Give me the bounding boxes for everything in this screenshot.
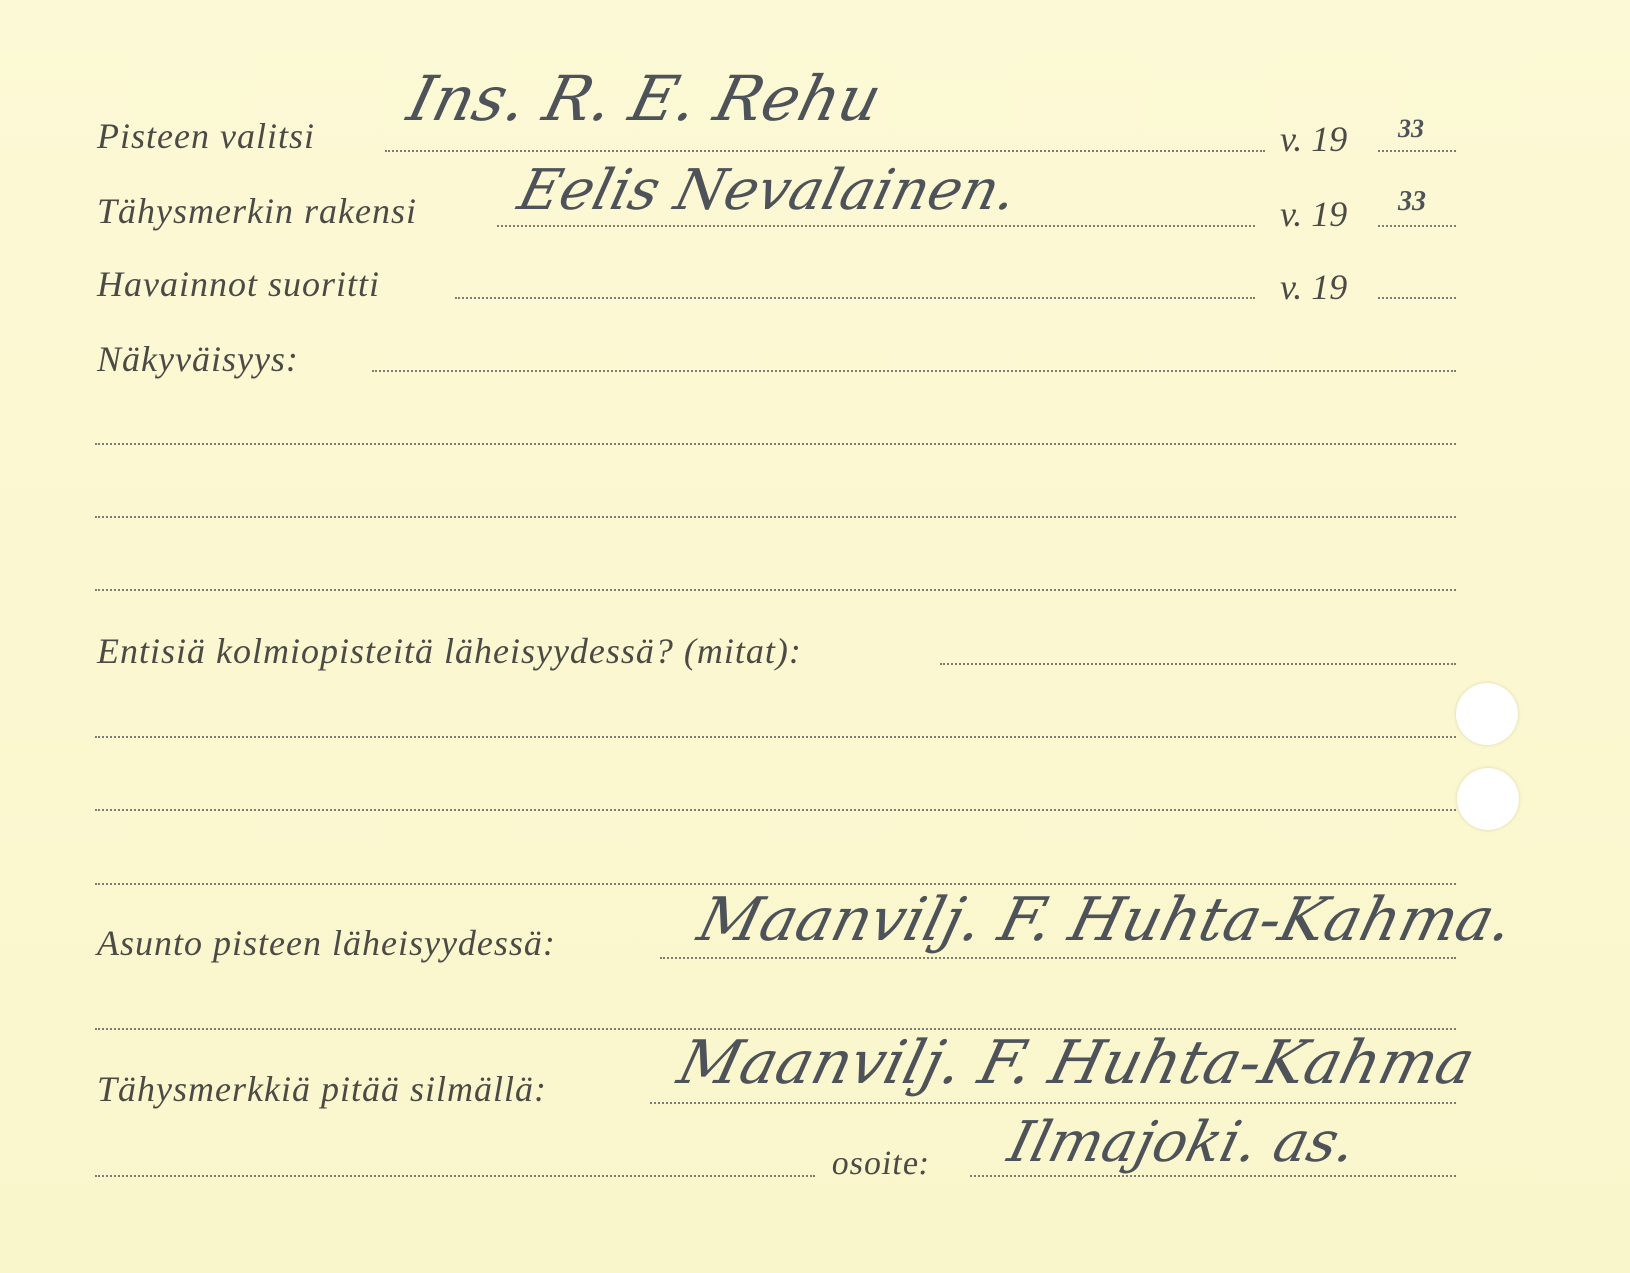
line-residence[interactable] bbox=[660, 957, 1456, 959]
line-visibility-3[interactable] bbox=[95, 516, 1456, 518]
line-observations-by[interactable] bbox=[455, 297, 1255, 299]
punch-hole-lower bbox=[1457, 768, 1519, 830]
handwritten-point-chosen-by: Ins. R. E. Rehu bbox=[401, 62, 889, 135]
line-point-chosen-by[interactable] bbox=[385, 150, 1265, 152]
label-residence: Asunto pisteen läheisyydessä: bbox=[97, 922, 556, 964]
line-marker-built-by[interactable] bbox=[497, 225, 1255, 227]
year-line-2[interactable] bbox=[1378, 225, 1456, 227]
line-visibility-4[interactable] bbox=[95, 589, 1456, 591]
year-line-1[interactable] bbox=[1378, 150, 1456, 152]
line-visibility-2[interactable] bbox=[95, 443, 1456, 445]
line-previous-points-2[interactable] bbox=[95, 736, 1456, 738]
year-prefix-2: v. 19 bbox=[1280, 193, 1347, 235]
label-address: osoite: bbox=[829, 1145, 932, 1183]
line-visibility[interactable] bbox=[372, 370, 1456, 372]
handwritten-monitor: Maanvilj. F. Huhta-Kahma bbox=[671, 1028, 1481, 1098]
line-previous-points-3[interactable] bbox=[95, 809, 1456, 811]
label-marker-built-by: Tähysmerkin rakensi bbox=[97, 190, 417, 232]
handwritten-marker-built-by: Eelis Nevalainen. bbox=[512, 158, 1024, 223]
line-address-left[interactable] bbox=[95, 1175, 815, 1177]
line-previous-points[interactable] bbox=[940, 663, 1456, 665]
year-line-3[interactable] bbox=[1378, 297, 1456, 299]
label-monitor: Tähysmerkkiä pitää silmällä: bbox=[97, 1068, 547, 1110]
punch-hole-upper bbox=[1456, 683, 1518, 745]
label-observations-by: Havainnot suoritti bbox=[97, 263, 380, 305]
survey-record-card: Pisteen valitsi Ins. R. E. Rehu v. 19 33… bbox=[0, 0, 1630, 1273]
year-value-1: 33 bbox=[1398, 114, 1424, 144]
line-monitor[interactable] bbox=[650, 1102, 1456, 1104]
handwritten-residence: Maanvilj. F. Huhta-Kahma. bbox=[691, 885, 1520, 955]
handwritten-address: Ilmajoki. as. bbox=[1002, 1110, 1363, 1175]
year-prefix-3: v. 19 bbox=[1280, 266, 1347, 308]
label-previous-points: Entisiä kolmiopisteitä läheisyydessä? (m… bbox=[97, 630, 802, 672]
year-prefix-1: v. 19 bbox=[1280, 118, 1347, 160]
line-address[interactable] bbox=[970, 1175, 1456, 1177]
year-value-2: 33 bbox=[1398, 186, 1426, 218]
label-point-chosen-by: Pisteen valitsi bbox=[97, 115, 315, 157]
label-visibility: Näkyväisyys: bbox=[97, 338, 299, 380]
